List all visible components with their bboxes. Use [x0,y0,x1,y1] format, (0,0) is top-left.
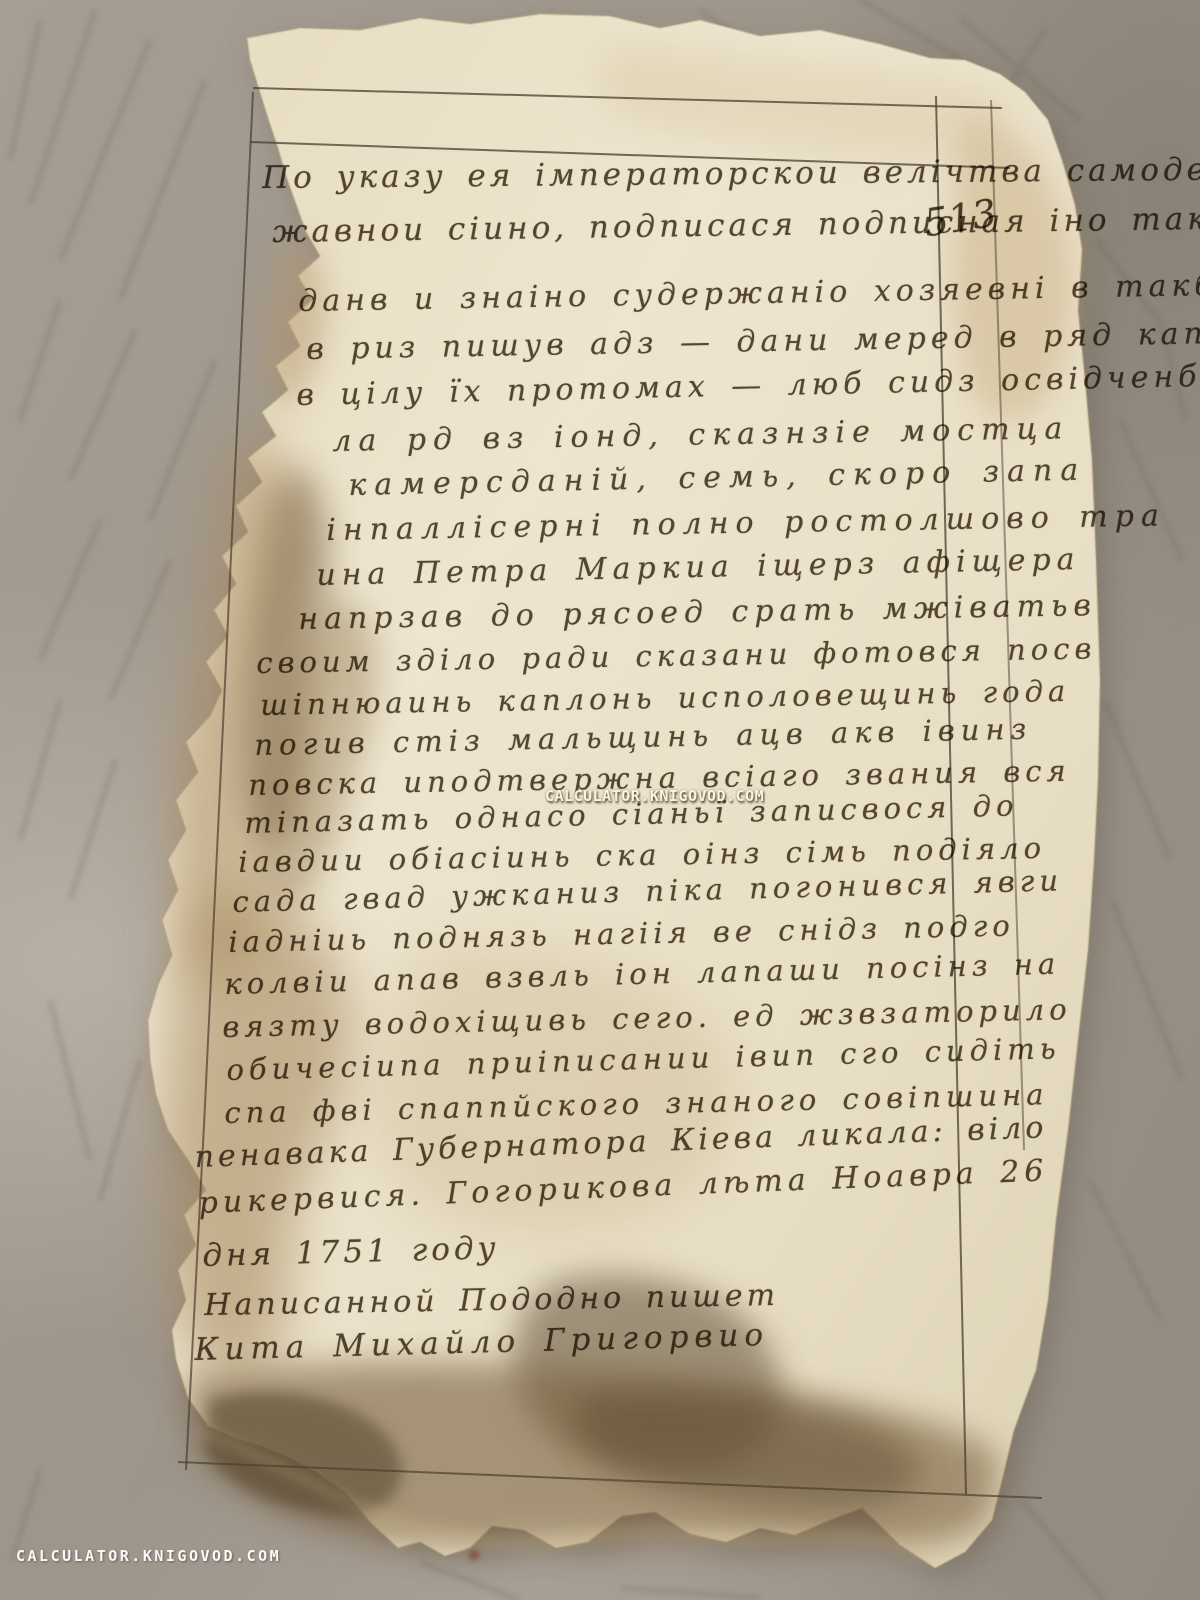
handwriting-line: своим зділо ради сказани фотовся посв [256,631,1097,680]
handwriting-line: в риз пишув адз — дани меред в ряд капію [306,315,1200,367]
watermark-center: CALCULATOR.KNIGOVOD.COM [545,787,764,805]
handwriting-line: дня 1751 году [202,1230,500,1274]
handwriting-line: інпаллісерні полно ростолшово тра [326,498,1166,548]
handwriting-line: ина Петра Маркиа іщерз афіщера [316,542,1081,593]
handwriting-line: ла рд вз іонд, сказнзіе мостца [332,411,1070,459]
handwriting-line: Кита Михайло Григорвио [194,1317,770,1368]
handwriting-line: По указу ея імператорскои велічтва самод… [262,151,1200,196]
handwriting-line: напрзав до рясоед срать мжіватьв [298,588,1097,637]
handwriting-line: в цілу їх протомах — люб сидз освідченб [296,359,1200,413]
handwriting-line: жавнои сіино, подписася подписная іно та… [272,201,1200,250]
handwriting-line: данв и знаіно судержаніо хозяевні в такб [298,268,1200,319]
manuscript-photo: По указу ея імператорскои велічтва самод… [0,0,1200,1600]
handwriting-line: Написанной Пододно пишет [204,1278,779,1323]
watermark-bottom-left: CALCULATOR.KNIGOVOD.COM [16,1547,281,1565]
handwriting-line: камерсданій, семь, скоро запа [348,453,1087,503]
